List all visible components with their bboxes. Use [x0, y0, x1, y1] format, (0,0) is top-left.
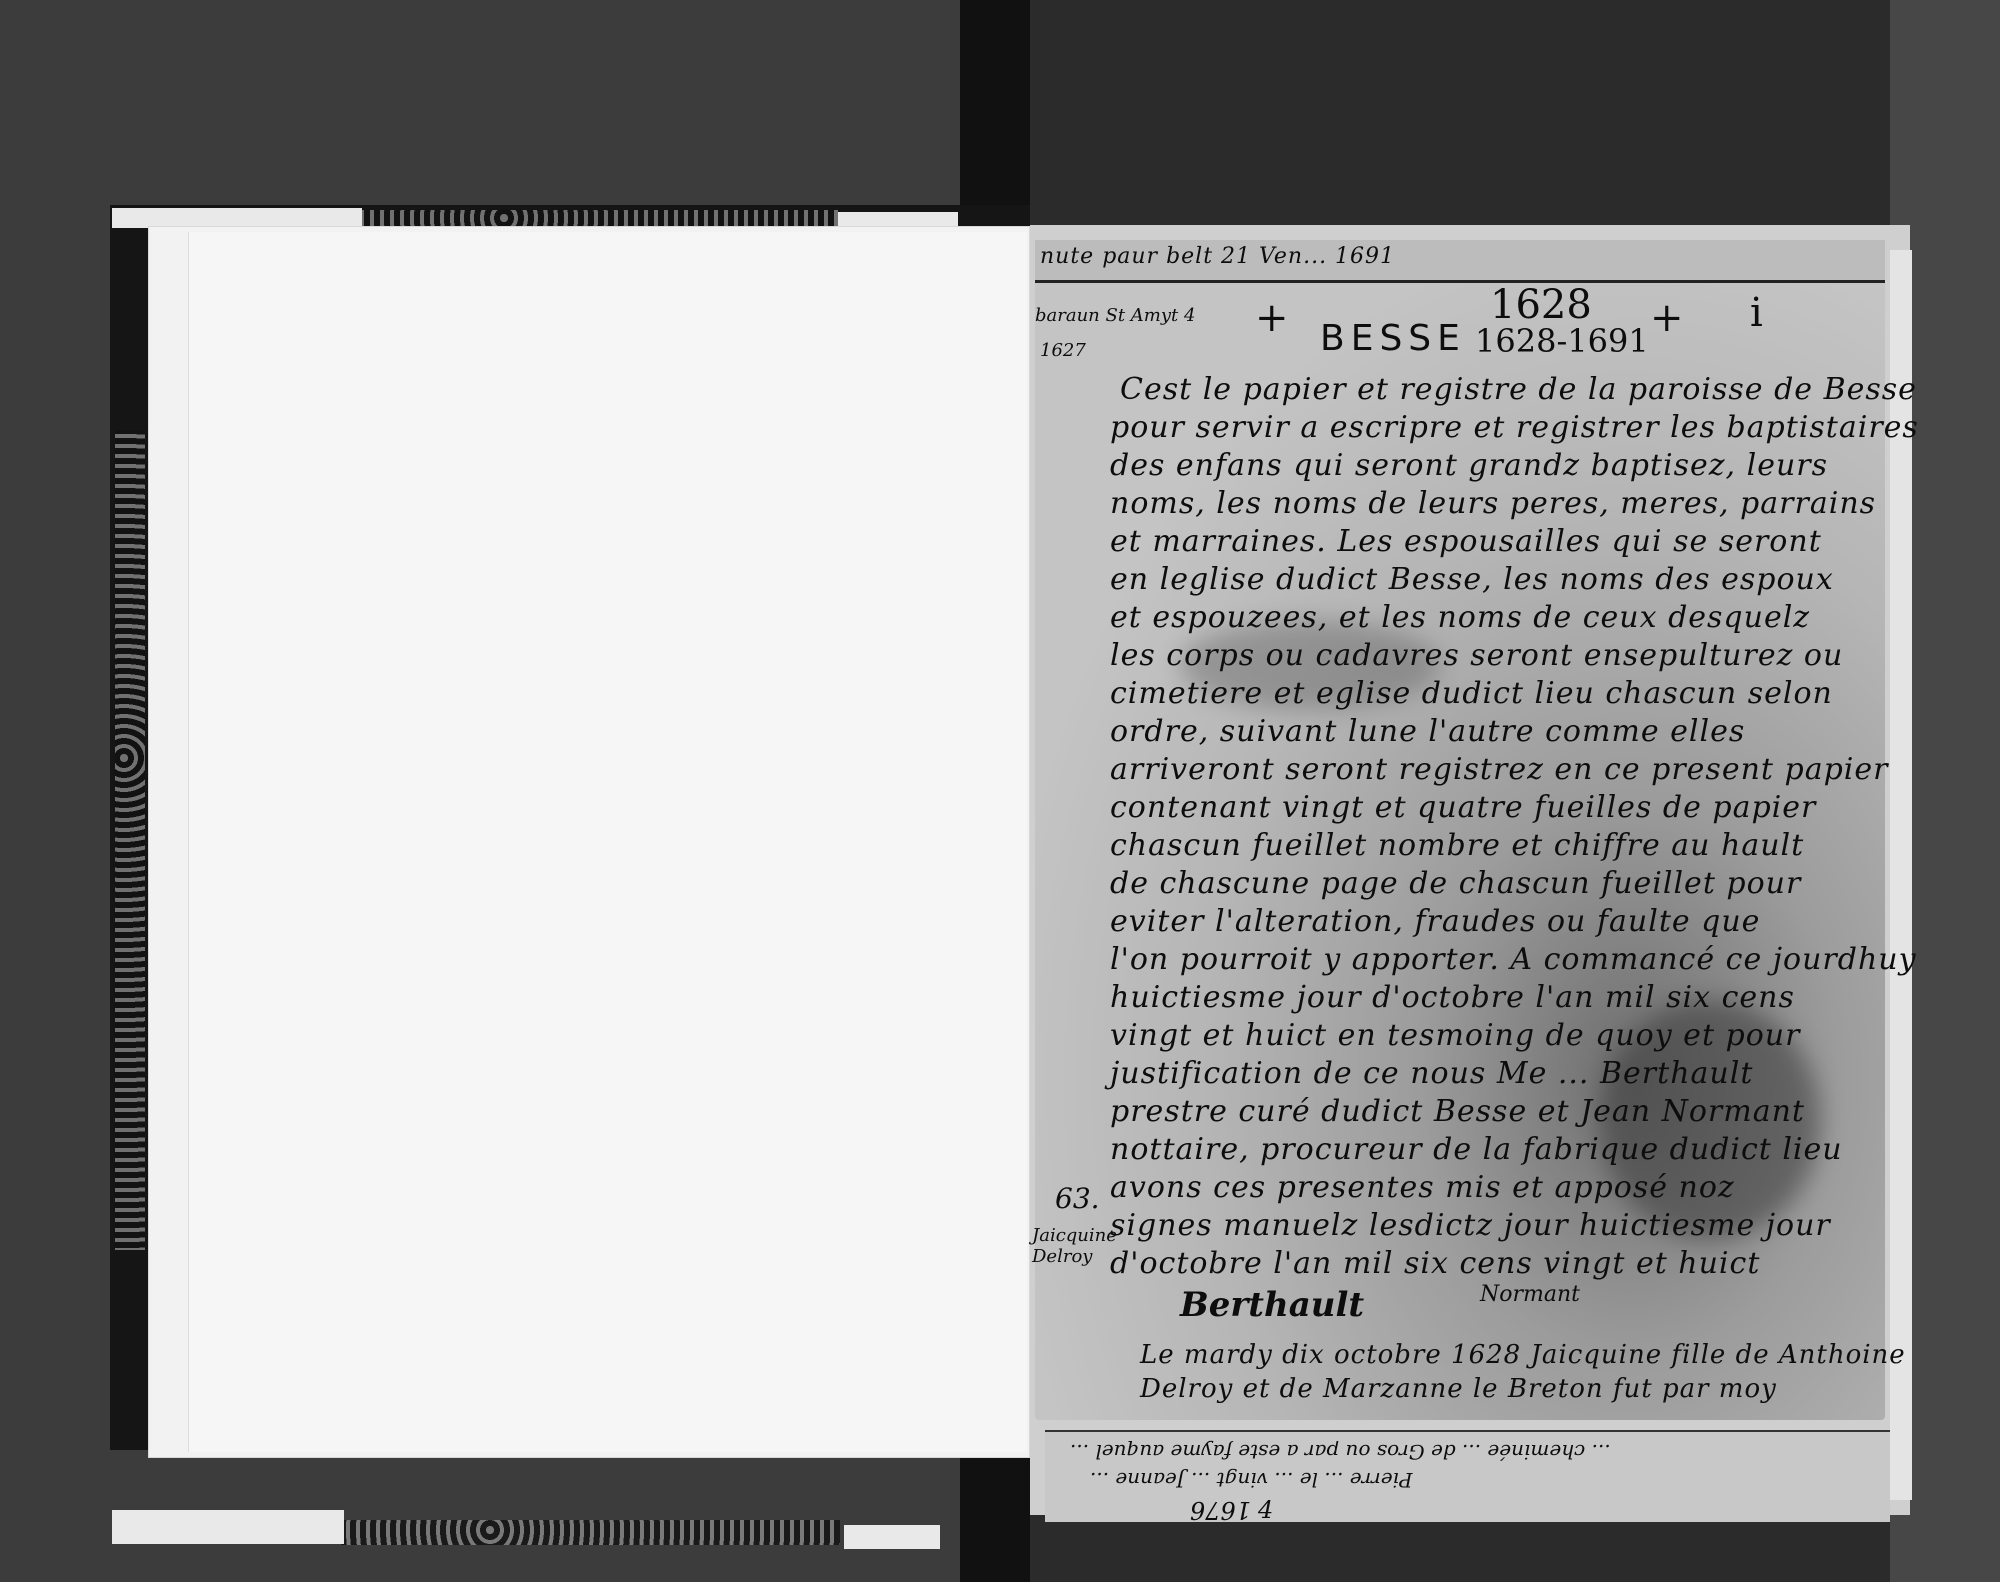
baptism-entry-line: Le mardy dix octobre 1628 Jaicquine fill…	[1140, 1340, 1906, 1370]
upside-down-text-line: ... cheminée ... de Gros ou par a este f…	[1070, 1440, 1611, 1464]
baptism-entry-line: Delroy et de Marzanne le Breton fut par …	[1140, 1374, 1777, 1404]
body-line: avons ces presentes mis et apposé noz	[1110, 1170, 1735, 1205]
years-range: 1628-1691	[1475, 322, 1649, 360]
body-line: l'on pourroit y apporter. A commancé ce …	[1110, 942, 1917, 977]
body-line: signes manuelz lesdictz jour huictiesme …	[1110, 1208, 1831, 1243]
body-line: des enfans qui seront grandz baptisez, l…	[1110, 448, 1828, 483]
upside-down-year: 1676	[1190, 1496, 1251, 1524]
top-strip-text: nute paur belt 21 Ven... 1691	[1040, 244, 1395, 269]
cross-right: +	[1650, 295, 1684, 341]
body-line: huictiesme jour d'octobre l'an mil six c…	[1110, 980, 1795, 1015]
body-line: de chascune page de chascun fueillet pou…	[1110, 866, 1801, 901]
left-blank-sheet-inner	[188, 232, 1027, 1452]
body-line: chascun fueillet nombre et chiffre au ha…	[1110, 828, 1804, 863]
corner-flap-top-left	[112, 208, 362, 228]
upside-down-text-line: Pierre ... le ... vingt ... Jeanne ...	[1090, 1468, 1412, 1492]
folio-number: i	[1750, 290, 1763, 336]
body-line: prestre curé dudict Besse et Jean Norman…	[1110, 1094, 1805, 1129]
body-line: eviter l'alteration, fraudes ou faulte q…	[1110, 904, 1760, 939]
marbled-cover-left	[115, 430, 145, 1250]
body-line: nottaire, procureur de la fabrique dudic…	[1110, 1132, 1843, 1167]
margin-note-year: 1627	[1040, 340, 1086, 361]
body-line: vingt et huict en tesmoing de quoy et po…	[1110, 1018, 1800, 1053]
body-line: contenant vingt et quatre fueilles de pa…	[1110, 790, 1816, 825]
body-line: d'octobre l'an mil six cens vingt et hui…	[1110, 1246, 1760, 1281]
corner-flap-bottom-right	[844, 1525, 940, 1549]
body-line: ordre, suivant lune l'autre comme elles	[1110, 714, 1745, 749]
body-line: justification de ce nous Me ... Berthaul…	[1110, 1056, 1753, 1091]
body-line: en leglise dudict Besse, les noms des es…	[1110, 562, 1834, 597]
upside-down-mark: 4	[1258, 1496, 1273, 1524]
margin-note-number: 63.	[1055, 1182, 1100, 1215]
body-line: arriveront seront registrez en ce presen…	[1110, 752, 1888, 787]
body-line: noms, les noms de leurs peres, meres, pa…	[1110, 486, 1876, 521]
body-line: cimetiere et eglise dudict lieu chascun …	[1110, 676, 1833, 711]
marbled-cover-bottom	[340, 1520, 840, 1545]
body-line: Cest le papier et registre de la paroiss…	[1120, 372, 1917, 407]
margin-note-entry-name: Jaicquine Delroy	[1032, 1225, 1092, 1267]
body-line: les corps ou cadavres seront ensepulture…	[1110, 638, 1843, 673]
signature-curate: Berthault	[1180, 1285, 1364, 1325]
margin-note-top: baraun St Amyt 4	[1035, 305, 1195, 326]
corner-flap-bottom-left	[112, 1510, 344, 1544]
signature-notary: Normant	[1480, 1282, 1580, 1307]
body-line: pour servir a escripre et registrer les …	[1110, 410, 1919, 445]
body-line: et marraines. Les espousailles qui se se…	[1110, 524, 1822, 559]
parish-name: BESSE	[1320, 318, 1466, 359]
body-line: et espouzees, et les noms de ceux desque…	[1110, 600, 1810, 635]
cross-left: +	[1255, 295, 1289, 341]
